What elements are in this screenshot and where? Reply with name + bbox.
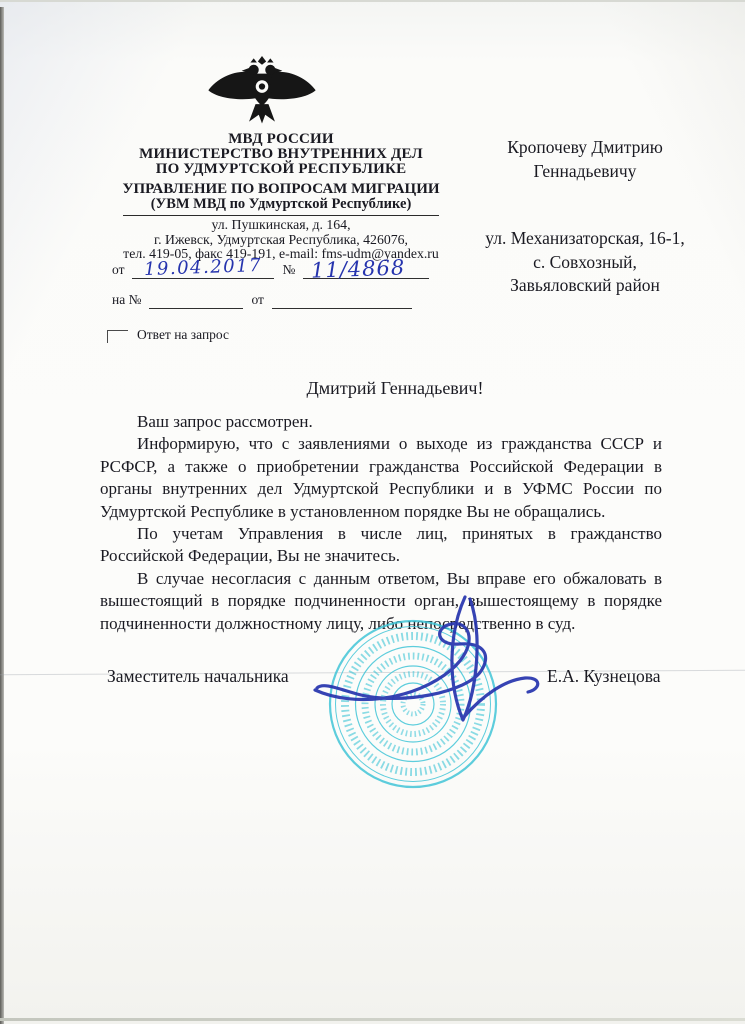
department-abbr: (УВМ МВД по Удмуртской Республике)	[100, 197, 462, 212]
org-address-street: ул. Пушкинская, д. 164,	[100, 218, 462, 233]
scan-edge-bottom	[0, 1018, 745, 1021]
department-name: УПРАВЛЕНИЕ ПО ВОПРОСАМ МИГРАЦИИ	[100, 182, 462, 197]
ref-reply-date-line	[272, 292, 412, 309]
recipient-name-line1: Кропочеву Дмитрию	[449, 136, 721, 160]
subject-note: Ответ на запрос	[107, 327, 229, 343]
ref-number-line: 11/4868	[303, 262, 429, 279]
mvd-double-headed-eagle-icon	[204, 56, 320, 130]
letterhead-divider	[123, 215, 439, 216]
reference-block: от 19.04.2017 № 11/4868 на № от	[112, 262, 442, 322]
handwritten-number: 11/4868	[311, 255, 406, 282]
body-paragraph: Ваш запрос рассмотрен.	[100, 411, 662, 433]
org-address-city: г. Ижевск, Удмуртская Республика, 426076…	[100, 233, 462, 248]
ref-reply-number-line	[149, 292, 243, 309]
subject-note-text: Ответ на запрос	[137, 327, 229, 343]
ref-reply-from-label: от	[251, 292, 263, 309]
handwritten-date: 19.04.2017	[144, 255, 263, 280]
signer-title: Заместитель начальника	[107, 666, 289, 687]
scan-edge-left	[0, 7, 4, 1024]
recipient-address-village: с. Совхозный,	[449, 251, 721, 275]
recipient-address-district: Завьяловский район	[449, 274, 721, 298]
handwritten-signature-icon	[303, 594, 551, 734]
org-name-line3: ПО УДМУРТСКОЙ РЕСПУБЛИКЕ	[100, 162, 462, 177]
body-paragraph: По учетам Управления в числе лиц, принят…	[100, 523, 662, 568]
scan-edge-top	[0, 0, 745, 2]
letterhead: МВД РОССИИ МИНИСТЕРСТВО ВНУТРЕННИХ ДЕЛ П…	[100, 56, 462, 262]
org-name-line2: МИНИСТЕРСТВО ВНУТРЕННИХ ДЕЛ	[100, 147, 462, 162]
recipient-address-street: ул. Механизаторская, 16-1,	[449, 227, 721, 251]
ref-number-label: №	[282, 262, 295, 279]
salutation: Дмитрий Геннадьевич!	[100, 378, 662, 399]
ref-reply-to-label: на №	[112, 292, 141, 309]
recipient-block: Кропочеву Дмитрию Геннадьевичу ул. Механ…	[449, 136, 721, 298]
ref-date-line: 19.04.2017	[132, 262, 274, 279]
body-paragraph: Информирую, что с заявлениями о выходе и…	[100, 433, 662, 523]
corner-bracket-mark	[107, 330, 128, 343]
scanned-letter-page: МВД РОССИИ МИНИСТЕРСТВО ВНУТРЕННИХ ДЕЛ П…	[0, 0, 745, 1024]
signer-name: Е.А. Кузнецова	[547, 666, 661, 687]
org-name-line1: МВД РОССИИ	[100, 132, 462, 147]
ref-from-label: от	[112, 262, 124, 279]
recipient-name-line2: Геннадьевичу	[449, 160, 721, 184]
